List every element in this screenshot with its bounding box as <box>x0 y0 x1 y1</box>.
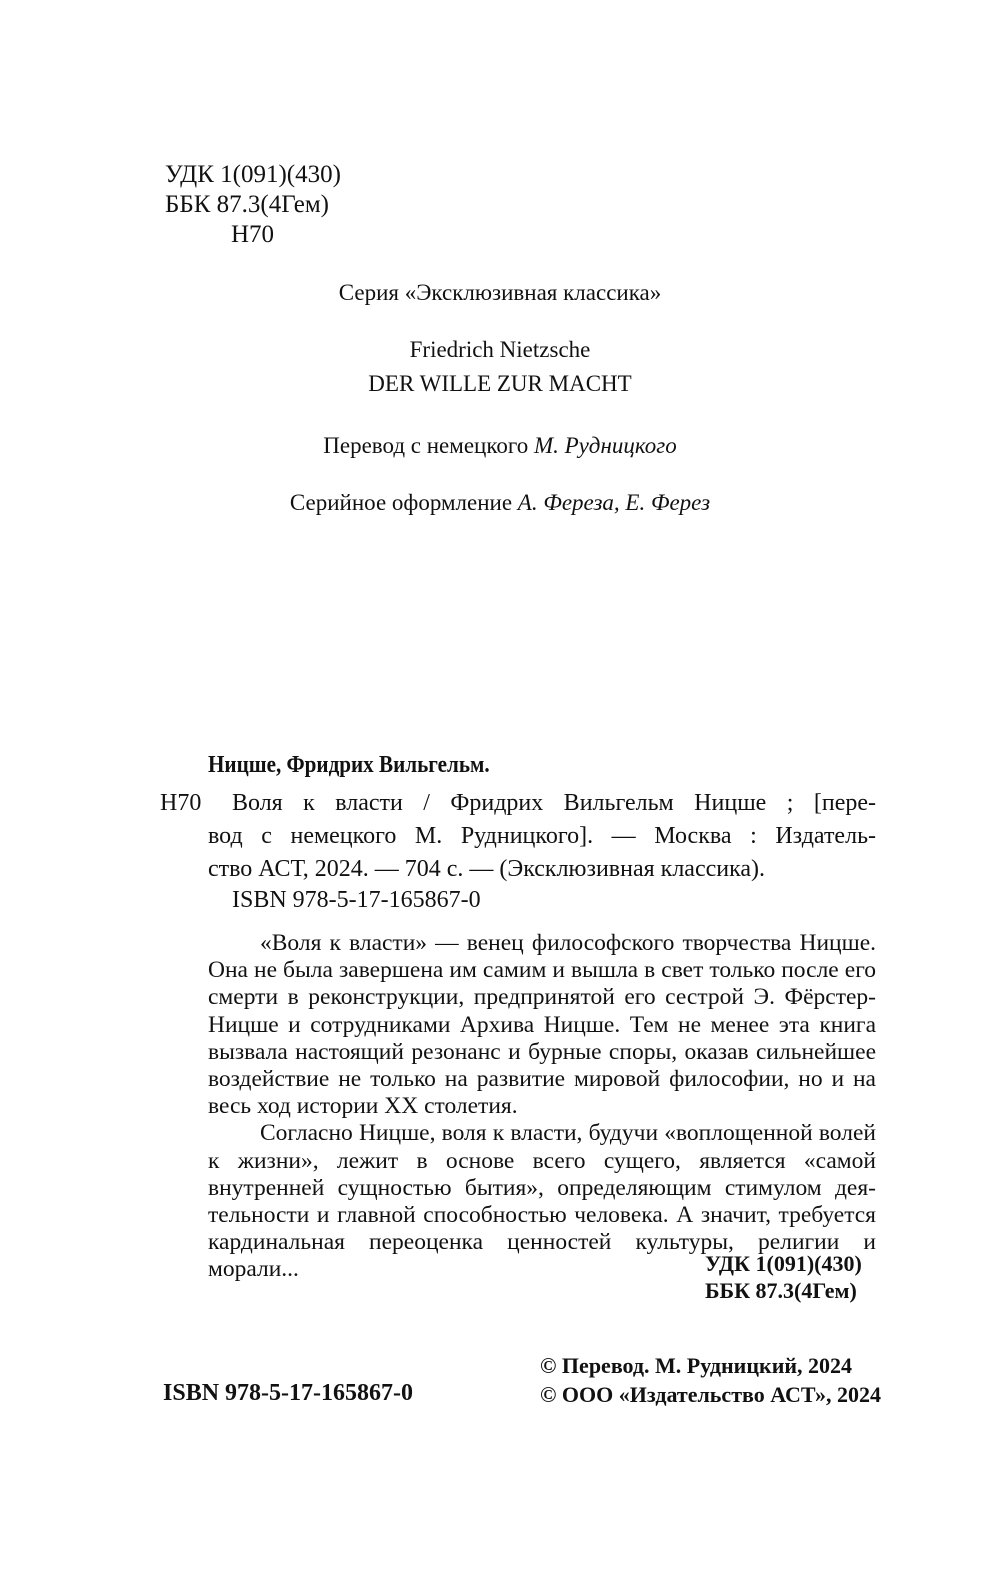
isbn-footer: ISBN 978-5-17-165867-0 <box>163 1380 413 1407</box>
copyright-publisher: © ООО «Издательство АСТ», 2024 <box>540 1380 881 1409</box>
original-author: Friedrich Nietzsche <box>0 337 1000 363</box>
copyright-translation: © Перевод. М. Рудницкий, 2024 <box>540 1351 881 1380</box>
udk-code-repeat: УДК 1(091)(430) <box>705 1250 862 1277</box>
abstract: «Воля к власти» — венец философского тво… <box>208 930 876 1284</box>
bib-line: Воля к власти / Фридрих Вильгельм Ницше … <box>208 787 876 820</box>
bbk-code-repeat: ББК 87.3(4Гем) <box>705 1277 862 1304</box>
copyright-block: © Перевод. М. Рудницкий, 2024 © ООО «Изд… <box>540 1351 881 1409</box>
translator-credit: Перевод с немецкого М. Рудницкого <box>0 433 1000 459</box>
bib-line: ство АСТ, 2024. — 704 с. — (Эксклюзивная… <box>208 853 876 886</box>
abstract-paragraph: «Воля к власти» — венец философского тво… <box>208 930 876 1120</box>
translator-name: М. Рудницкого <box>534 433 677 458</box>
bbk-code: ББК 87.3(4Гем) <box>165 190 341 220</box>
bib-isbn: ISBN 978-5-17-165867-0 <box>232 887 481 914</box>
series-name: Серия «Эксклюзивная классика» <box>0 280 1000 306</box>
bib-author-sign: Н70 <box>160 790 201 817</box>
udk-code: УДК 1(091)(430) <box>165 160 341 190</box>
author-sign: Н70 <box>165 220 341 250</box>
bib-heading: Ницше, Фридрих Вильгельм. <box>208 752 490 779</box>
bib-description: Воля к власти / Фридрих Вильгельм Ницше … <box>208 787 876 886</box>
design-credit: Серийное оформление А. Фереза, Е. Ферез <box>0 490 1000 516</box>
classification-codes: УДК 1(091)(430) ББК 87.3(4Гем) Н70 <box>165 160 341 250</box>
classification-repeat: УДК 1(091)(430) ББК 87.3(4Гем) <box>705 1250 862 1304</box>
bib-line: вод с немецкого М. Рудницкого]. — Москва… <box>208 820 876 853</box>
design-names: А. Фереза, Е. Ферез <box>518 490 710 515</box>
translator-label: Перевод с немецкого <box>323 433 528 458</box>
original-title: DER WILLE ZUR MACHT <box>0 371 1000 397</box>
design-label: Серийное оформление <box>290 490 512 515</box>
